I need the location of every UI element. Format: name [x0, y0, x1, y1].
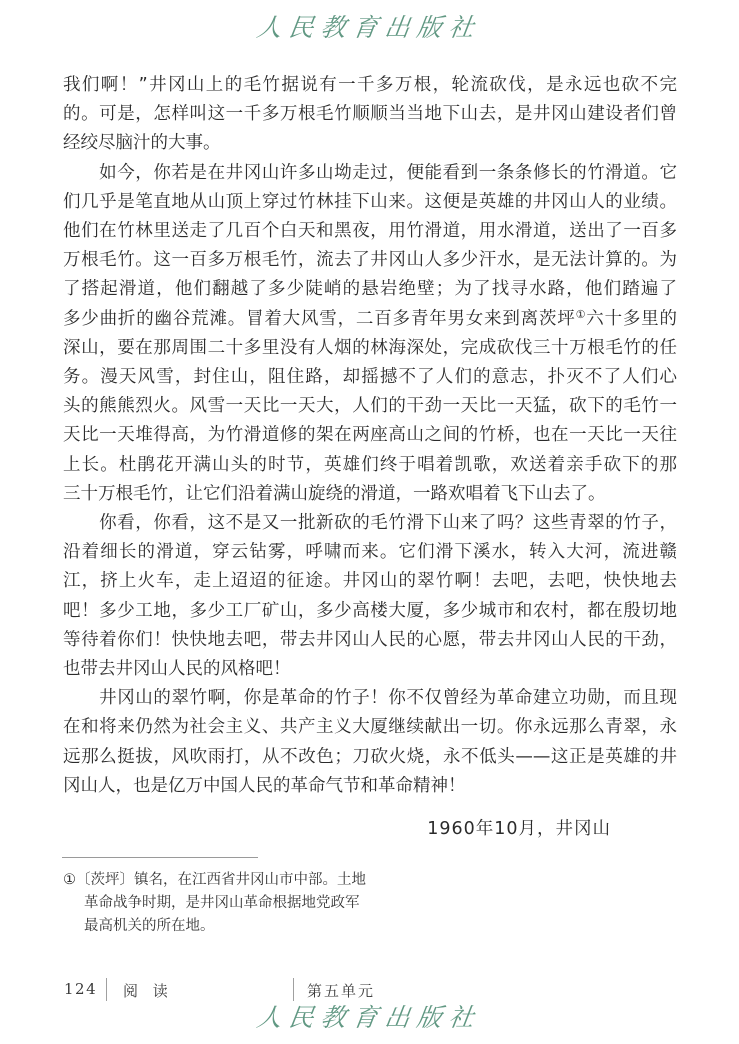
footnote-line: ①〔茨坪〕镇名，在江西省井冈山市中部。土地 — [63, 869, 381, 892]
text-line: 了搭起滑道，他们翻越了多少陡峭的悬岩绝壁；为了找寻水路，他们踏遍了 — [63, 275, 677, 304]
text-line: 经绞尽脑汁的大事。 — [63, 129, 677, 158]
byline: 1960年10月，井冈山 — [63, 815, 677, 844]
text-line: 在和将来仍然为社会主义、共产主义大厦继续献出一切。你永远那么青翠，永 — [63, 713, 677, 742]
text-line: 天比一天堆得高，为竹滑道修的架在两座高山之间的竹桥，也在一天比一天往 — [63, 421, 677, 450]
text-line: 上长。杜鹃花开满山头的时节，英雄们终于唱着凯歌，欢送着亲手砍下的那 — [63, 451, 677, 480]
text-line: 务。漫天风雪，封住山，阻住路，却摇撼不了人们的意志，扑灭不了人们心 — [63, 363, 677, 392]
publisher-logo-bottom: 人民教育出版社 — [255, 998, 484, 1034]
text-line: 头的熊熊烈火。风雪一天比一天大，人们的干劲一天比一天猛，砍下的毛竹一 — [63, 392, 677, 421]
text-line: 的。可是，怎样叫这一千多万根毛竹顺顺当当地下山去，是井冈山建设者们曾 — [63, 100, 677, 129]
text-line: 他们在竹林里送走了几百个白天和黑夜，用竹滑道，用水滑道，送出了一百多 — [63, 217, 677, 246]
text-line: 远那么挺拔，风吹雨打，从不改色；刀砍火烧，永不低头——这正是英雄的井 — [63, 743, 677, 772]
text-line: 们几乎是笔直地从山顶上穿过竹林挂下山来。这便是英雄的井冈山人的业绩。 — [63, 188, 677, 217]
book-page: 人民教育出版社 我们啊！”井冈山上的毛竹据说有一千多万根，轮流砍伐，是永远也砍不… — [0, 0, 739, 1044]
footnote-block: ①〔茨坪〕镇名，在江西省井冈山市中部。土地 革命战争时期，是井冈山革命根据地党政… — [63, 869, 381, 938]
text-segment: 多少曲折的幽谷荒滩。冒着大风雪，二百多青年男女来到离茨坪 — [63, 309, 576, 329]
footnote-line: 最高机关的所在地。 — [63, 915, 381, 938]
text-line: 冈山人，也是亿万中国人民的革命气节和革命精神！ — [63, 772, 677, 801]
footnote-separator — [62, 857, 258, 858]
text-segment: 六十多里的 — [586, 309, 677, 329]
text-line: 我们啊！”井冈山上的毛竹据说有一千多万根，轮流砍伐，是永远也砍不完 — [63, 71, 677, 100]
text-line: 如今，你若是在井冈山许多山坳走过，便能看到一条条修长的竹滑道。它 — [63, 159, 677, 188]
header-logo-band: 人民教育出版社 — [0, 8, 739, 44]
text-line: 等待着你们！快快地去吧，带去井冈山人民的心愿，带去井冈山人民的干劲， — [63, 626, 677, 655]
text-line: 井冈山的翠竹啊，你是革命的竹子！你不仅曾经为革命建立功勋，而且现 — [63, 684, 677, 713]
text-line: 沿着细长的滑道，穿云钻雾，呼啸而来。它们滑下溪水，转入大河，流进赣 — [63, 538, 677, 567]
text-line: 多少曲折的幽谷荒滩。冒着大风雪，二百多青年男女来到离茨坪①六十多里的 — [63, 305, 677, 334]
footnote-ref-marker: ① — [576, 308, 587, 321]
article-body: 我们啊！”井冈山上的毛竹据说有一千多万根，轮流砍伐，是永远也砍不完 的。可是，怎… — [63, 71, 677, 844]
text-line: 深山，要在那周围二十多里没有人烟的林海深处，完成砍伐三十万根毛竹的任 — [63, 334, 677, 363]
publisher-logo-top: 人民教育出版社 — [255, 8, 484, 44]
text-line: 江，挤上火车，走上迢迢的征途。井冈山的翠竹啊！去吧，去吧，快快地去 — [63, 567, 677, 596]
footnote-line: 革命战争时期，是井冈山革命根据地党政军 — [63, 892, 381, 915]
footer-logo-band: 人民教育出版社 — [0, 998, 739, 1034]
page-number: 124 — [64, 980, 97, 998]
text-line: 三十万根毛竹，让它们沿着满山旋绕的滑道，一路欢唱着飞下山去了。 — [63, 480, 677, 509]
text-line: 也带去井冈山人民的风格吧！ — [63, 655, 677, 684]
text-line: 你看，你看，这不是又一批新砍的毛竹滑下山来了吗？这些青翠的竹子， — [63, 509, 677, 538]
text-line: 吧！多少工地，多少工厂矿山，多少高楼大厦，多少城市和农村，都在殷切地 — [63, 597, 677, 626]
text-line: 万根毛竹。这一百多万根毛竹，流去了井冈山人多少汗水，是无法计算的。为 — [63, 246, 677, 275]
